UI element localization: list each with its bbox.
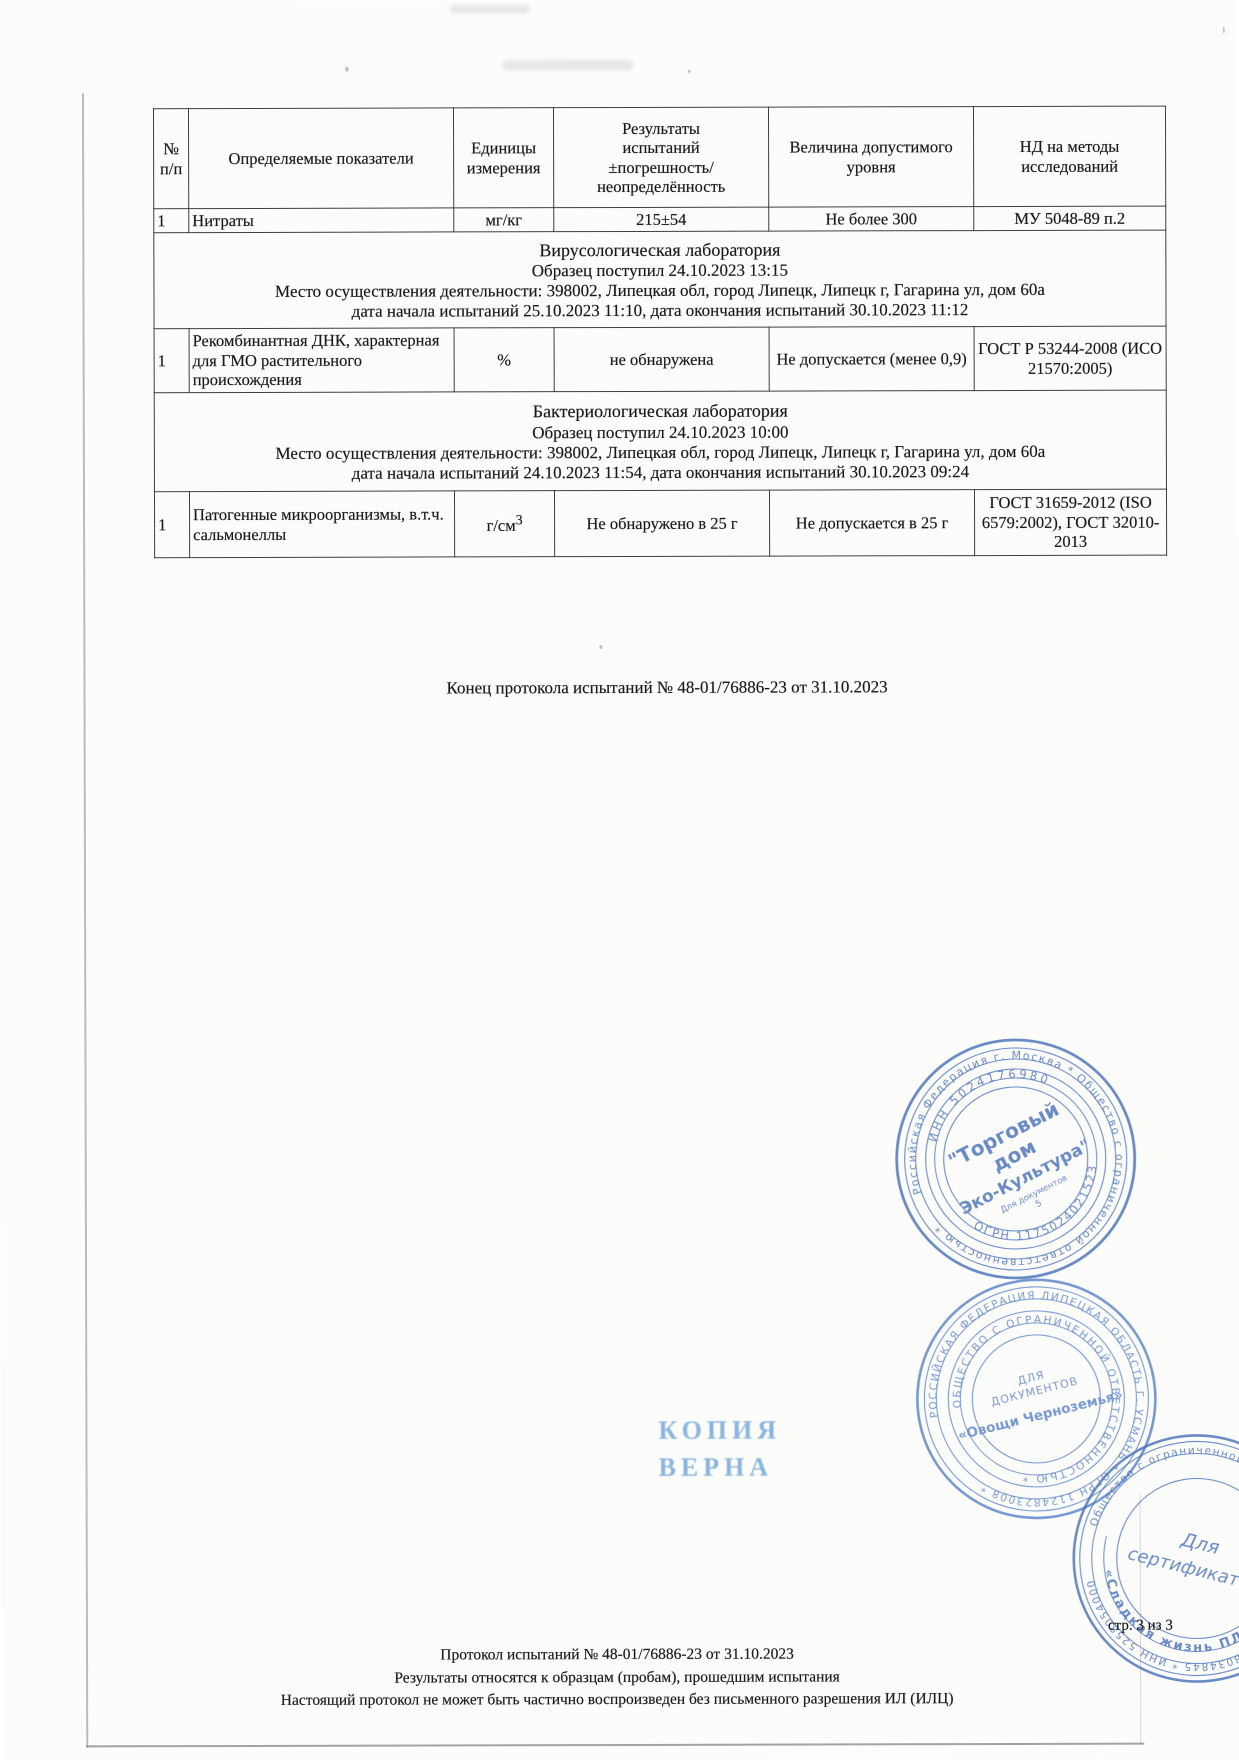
scan-speck	[688, 70, 691, 73]
scanned-protocol-page: № п/п Определяемые показатели Единицы из…	[0, 0, 1239, 1760]
cell-unit: %	[454, 328, 554, 392]
section-place: Место осуществления деятельности: 398002…	[157, 441, 1164, 464]
cell-limit: Не более 300	[769, 207, 974, 232]
table-row-gmo: 1 Рекомбинантная ДНК, характерная для ГМ…	[154, 326, 1166, 393]
scan-speck	[1223, 26, 1225, 33]
stamp-sladkaya-zhizn: Общество с ограниченной ответственностью…	[1061, 1423, 1239, 1694]
cell-result: 215±54	[554, 207, 769, 232]
cell-method: МУ 5048-89 п.2	[974, 206, 1166, 231]
header-method: НД на методы исследований	[973, 106, 1165, 207]
cell-num: 1	[154, 329, 189, 393]
table-header-row: № п/п Определяемые показатели Единицы из…	[153, 106, 1165, 209]
cell-limit: Не допускается в 25 г	[769, 490, 974, 557]
cell-method: ГОСТ Р 53244-2008 (ИСО 21570:2005)	[974, 326, 1166, 391]
section-place: Место осуществления деятельности: 398002…	[156, 280, 1163, 303]
footer-results-note: Результаты относятся к образцам (пробам)…	[2, 1667, 1232, 1688]
section-dates: дата начала испытаний 25.10.2023 11:10, …	[156, 300, 1163, 323]
cell-result: Не обнаружено в 25 г	[554, 490, 769, 557]
section-bacteriology-cell: Бактериологическая лаборатория Образец п…	[154, 390, 1166, 492]
header-limit: Величина допустимого уровня	[768, 107, 973, 208]
header-num: № п/п	[153, 109, 188, 209]
scan-edge-bottom	[86, 1743, 1144, 1748]
section-title: Вирусологическая лаборатория	[156, 236, 1163, 262]
section-title: Бактериологическая лаборатория	[157, 398, 1164, 424]
cell-indicator: Нитраты	[189, 208, 454, 233]
copy-verna-mark: КОПИЯ ВЕРНА	[658, 1412, 781, 1486]
cell-method: ГОСТ 31659-2012 (ISO 6579:2002), ГОСТ 32…	[974, 489, 1166, 556]
section-virology: Вирусологическая лаборатория Образец пос…	[154, 230, 1166, 329]
footer-protocol-number: Протокол испытаний № 48-01/76886-23 от 3…	[2, 1644, 1232, 1665]
section-received: Образец поступил 24.10.2023 13:15	[156, 260, 1163, 283]
scan-speck	[599, 645, 602, 649]
scan-speck	[345, 67, 349, 72]
scan-smudge	[503, 60, 633, 70]
section-bacteriology: Бактериологическая лаборатория Образец п…	[154, 390, 1166, 492]
stamp-center-line5: 5	[1034, 1199, 1044, 1211]
cell-num: 1	[154, 209, 189, 233]
cell-indicator: Патогенные микроорганизмы, в.т.ч. сальмо…	[189, 491, 454, 558]
cell-unit: мг/кг	[454, 208, 554, 232]
header-indicator: Определяемые показатели	[188, 108, 453, 209]
unit-superscript: 3	[516, 512, 523, 527]
stamp-center-line2: сертификатов	[1126, 1543, 1239, 1596]
cell-num: 1	[154, 492, 189, 558]
table-row-nitrates: 1 Нитраты мг/кг 215±54 Не более 300 МУ 5…	[154, 206, 1166, 233]
copy-mark-line1: КОПИЯ	[658, 1412, 781, 1449]
scan-smudge	[450, 5, 530, 13]
table-row-pathogens: 1 Патогенные микроорганизмы, в.т.ч. саль…	[154, 489, 1166, 558]
results-table: № п/п Определяемые показатели Единицы из…	[153, 106, 1167, 559]
stamp-eco-kultura: Российская Федерация г. Москва * Обществ…	[885, 1029, 1146, 1290]
copy-mark-line2: ВЕРНА	[658, 1449, 781, 1486]
header-result: Результаты испытаний ±погрешность/ неопр…	[553, 107, 768, 208]
page-number: стр. 3 из 3	[1108, 1618, 1173, 1635]
section-virology-cell: Вирусологическая лаборатория Образец пос…	[154, 230, 1166, 329]
section-received: Образец поступил 24.10.2023 10:00	[157, 421, 1164, 444]
cell-limit: Не допускается (менее 0,9)	[769, 327, 974, 392]
cell-result: не обнаружена	[554, 327, 769, 392]
cell-indicator: Рекомбинантная ДНК, характерная для ГМО …	[189, 328, 454, 393]
unit-base: г/см	[487, 516, 516, 535]
header-unit: Единицы измерения	[453, 108, 553, 208]
section-dates: дата начала испытаний 24.10.2023 11:54, …	[157, 461, 1164, 484]
footer-reproduction-note: Настоящий протокол не может быть частичн…	[2, 1689, 1232, 1710]
stamp-center-line1: Для	[1178, 1528, 1222, 1559]
end-of-protocol-line: Конец протокола испытаний № 48-01/76886-…	[446, 677, 887, 698]
cell-unit: г/см3	[454, 491, 554, 557]
scan-edge-left	[82, 93, 88, 1747]
